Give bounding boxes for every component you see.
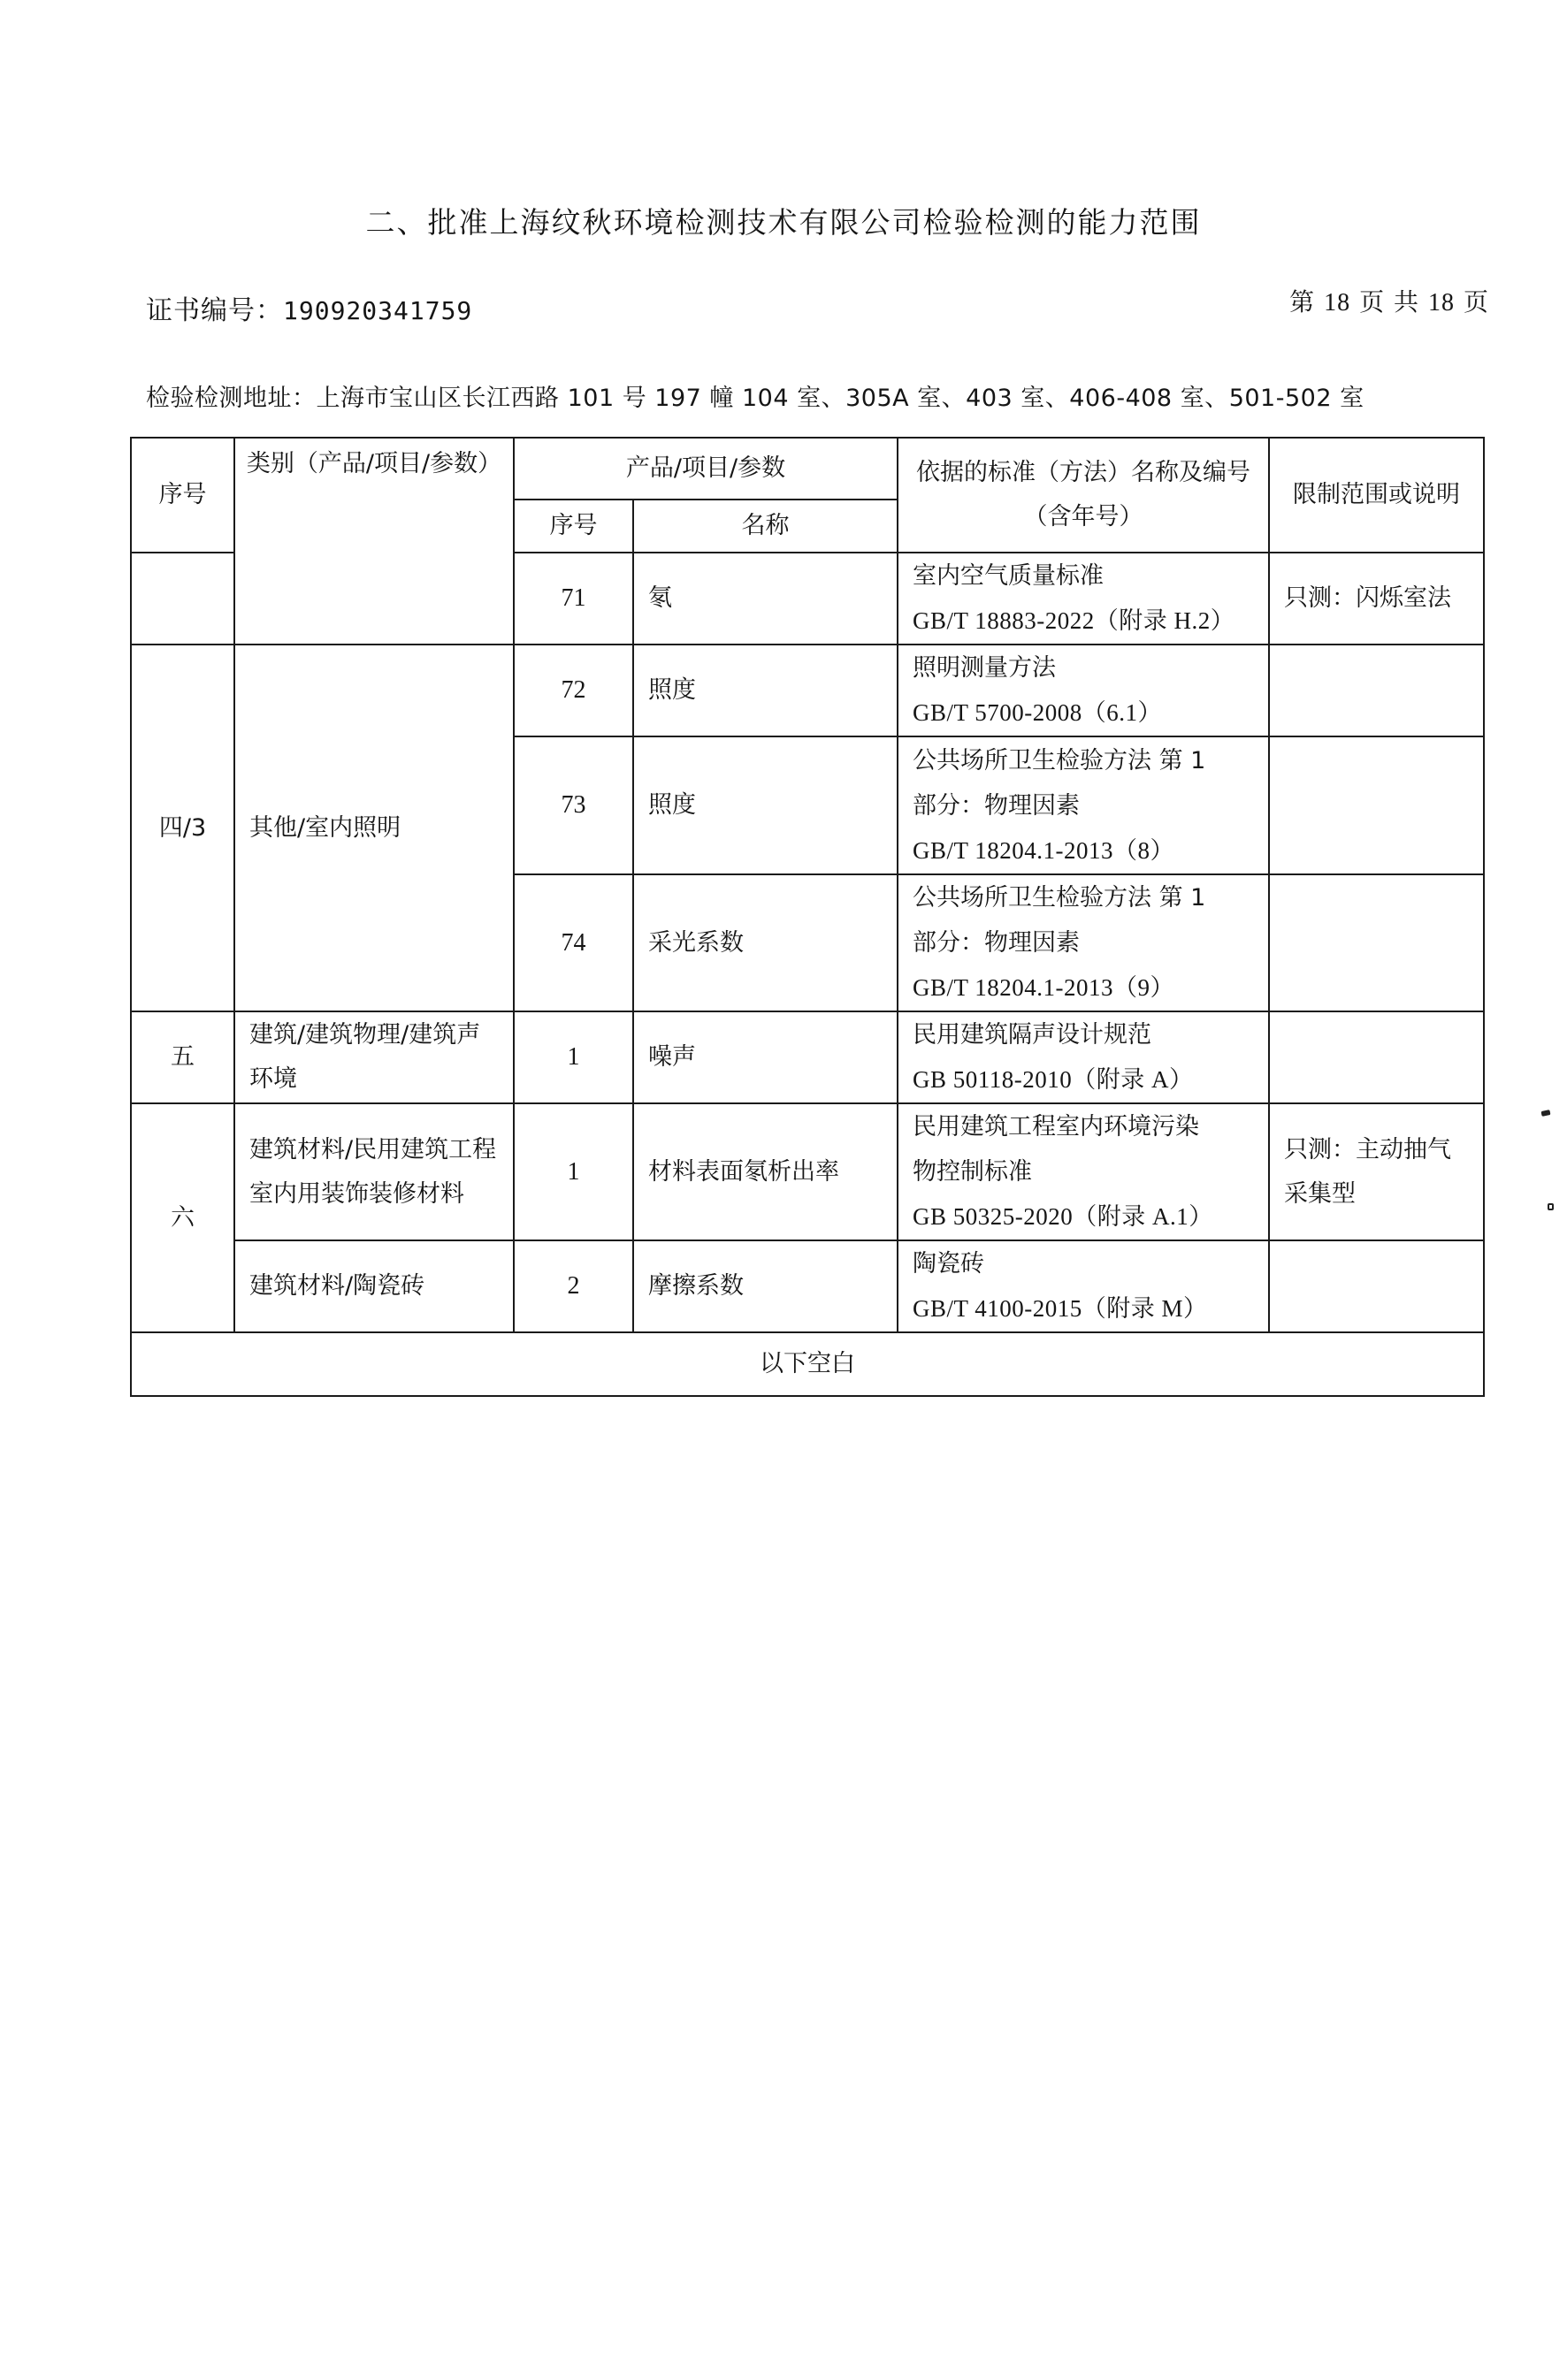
scope-table: 序号 类别（产品/项目/参数） 产品/项目/参数 依据的标准（方法）名称及编号（… bbox=[130, 437, 1485, 1397]
header-sub-name: 名称 bbox=[633, 500, 898, 553]
standard-name: 民用建筑隔声设计规范 bbox=[913, 1012, 1254, 1057]
cell-no: 71 bbox=[514, 553, 633, 645]
cell-standard: 陶瓷砖 GB/T 4100-2015（附录 M） bbox=[898, 1240, 1269, 1332]
standard-name: 室内空气质量标准 bbox=[913, 553, 1254, 599]
header-sub-seq: 序号 bbox=[514, 500, 633, 553]
standard-code: GB 50118-2010（附录 A） bbox=[913, 1057, 1254, 1102]
header-product-group: 产品/项目/参数 bbox=[514, 438, 898, 500]
standard-name: 公共场所卫生检验方法 第 1 bbox=[913, 875, 1254, 920]
cell-seq: 五 bbox=[131, 1011, 234, 1103]
standard-name: 陶瓷砖 bbox=[913, 1241, 1254, 1286]
cell-no: 74 bbox=[514, 874, 633, 1011]
cell-standard: 公共场所卫生检验方法 第 1 部分：物理因素 GB/T 18204.1-2013… bbox=[898, 874, 1269, 1011]
cell-name: 照度 bbox=[633, 645, 898, 736]
cell-seq: 六 bbox=[131, 1103, 234, 1332]
cell-limit: 只测：闪烁室法 bbox=[1269, 553, 1484, 645]
cell-name: 照度 bbox=[633, 736, 898, 874]
standard-code: GB/T 5700-2008（6.1） bbox=[913, 690, 1254, 736]
cell-limit bbox=[1269, 645, 1484, 736]
cell-no: 1 bbox=[514, 1103, 633, 1240]
standard-code: GB/T 18204.1-2013（9） bbox=[913, 965, 1254, 1011]
cell-no: 72 bbox=[514, 645, 633, 736]
cell-name: 噪声 bbox=[633, 1011, 898, 1103]
page-prefix: 第 bbox=[1289, 287, 1315, 317]
cell-category: 其他/室内照明 bbox=[234, 645, 514, 1011]
cell-limit bbox=[1269, 874, 1484, 1011]
table-row: 四/3 其他/室内照明 72 照度 照明测量方法 GB/T 5700-2008（… bbox=[131, 645, 1484, 736]
page-indicator: 第18页 共18页 bbox=[1289, 283, 1489, 318]
standard-name-cont: 部分：物理因素 bbox=[913, 920, 1254, 965]
cell-limit: 只测：主动抽气采集型 bbox=[1269, 1103, 1484, 1240]
test-address: 检验检测地址：上海市宝山区长江西路 101 号 197 幢 104 室、305A… bbox=[146, 378, 1364, 413]
scan-mark bbox=[1548, 1203, 1554, 1210]
header-standard: 依据的标准（方法）名称及编号（含年号） bbox=[898, 438, 1269, 553]
cell-name: 采光系数 bbox=[633, 874, 898, 1011]
standard-name-cont: 物控制标准 bbox=[913, 1149, 1254, 1194]
standard-code: GB/T 18204.1-2013（8） bbox=[913, 828, 1254, 873]
standard-name-cont: 部分：物理因素 bbox=[913, 783, 1254, 828]
cell-limit bbox=[1269, 736, 1484, 874]
cell-category: 建筑材料/民用建筑工程室内用装饰装修材料 bbox=[234, 1103, 514, 1240]
table-row: 六 建筑材料/民用建筑工程室内用装饰装修材料 1 材料表面氡析出率 民用建筑工程… bbox=[131, 1103, 1484, 1240]
cell-name: 材料表面氡析出率 bbox=[633, 1103, 898, 1240]
cell-seq bbox=[131, 553, 234, 645]
cell-name: 摩擦系数 bbox=[633, 1240, 898, 1332]
standard-name: 照明测量方法 bbox=[913, 645, 1254, 690]
certificate-number: 证书编号：190920341759 bbox=[146, 288, 472, 327]
standard-code: GB/T 18883-2022（附录 H.2） bbox=[913, 599, 1254, 644]
cell-limit bbox=[1269, 1011, 1484, 1103]
cell-standard: 民用建筑工程室内环境污染 物控制标准 GB 50325-2020（附录 A.1） bbox=[898, 1103, 1269, 1240]
table-end-note: 以下空白 bbox=[131, 1332, 1484, 1396]
standard-name: 民用建筑工程室内环境污染 bbox=[913, 1104, 1254, 1149]
cell-no: 2 bbox=[514, 1240, 633, 1332]
cell-category: 建筑材料/陶瓷砖 bbox=[234, 1240, 514, 1332]
certificate-value: 190920341759 bbox=[283, 296, 472, 325]
certificate-label: 证书编号： bbox=[146, 295, 283, 326]
cell-category: 建筑/建筑物理/建筑声环境 bbox=[234, 1011, 514, 1103]
cell-no: 1 bbox=[514, 1011, 633, 1103]
cell-standard: 照明测量方法 GB/T 5700-2008（6.1） bbox=[898, 645, 1269, 736]
header-category: 类别（产品/项目/参数） bbox=[234, 438, 514, 645]
standard-code: GB/T 4100-2015（附录 M） bbox=[913, 1286, 1254, 1331]
page-total: 18 bbox=[1428, 289, 1455, 317]
header-seq: 序号 bbox=[131, 438, 234, 553]
cell-limit bbox=[1269, 1240, 1484, 1332]
standard-code: GB 50325-2020（附录 A.1） bbox=[913, 1194, 1254, 1240]
cell-standard: 室内空气质量标准 GB/T 18883-2022（附录 H.2） bbox=[898, 553, 1269, 645]
cell-standard: 公共场所卫生检验方法 第 1 部分：物理因素 GB/T 18204.1-2013… bbox=[898, 736, 1269, 874]
cell-seq: 四/3 bbox=[131, 645, 234, 1011]
cell-name: 氡 bbox=[633, 553, 898, 645]
cell-no: 73 bbox=[514, 736, 633, 874]
standard-name: 公共场所卫生检验方法 第 1 bbox=[913, 738, 1254, 783]
page-suffix: 页 bbox=[1464, 287, 1489, 317]
page-current: 18 bbox=[1324, 289, 1350, 317]
page-mid: 页 共 bbox=[1359, 287, 1419, 317]
scan-mark bbox=[1540, 1110, 1550, 1117]
cell-standard: 民用建筑隔声设计规范 GB 50118-2010（附录 A） bbox=[898, 1011, 1269, 1103]
header-limit: 限制范围或说明 bbox=[1269, 438, 1484, 553]
table-row: 建筑材料/陶瓷砖 2 摩擦系数 陶瓷砖 GB/T 4100-2015（附录 M） bbox=[131, 1240, 1484, 1332]
table-row: 五 建筑/建筑物理/建筑声环境 1 噪声 民用建筑隔声设计规范 GB 50118… bbox=[131, 1011, 1484, 1103]
document-title: 二、批准上海纹秋环境检测技术有限公司检验检测的能力范围 bbox=[0, 200, 1567, 241]
